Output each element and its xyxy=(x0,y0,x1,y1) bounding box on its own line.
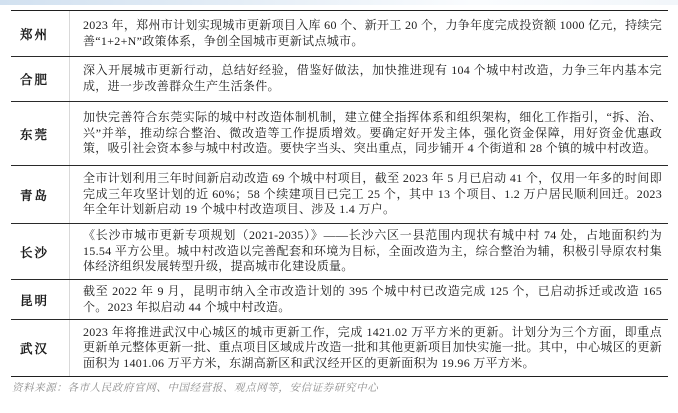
city-cell: 昆明 xyxy=(11,280,70,319)
city-cell: 青岛 xyxy=(11,166,70,223)
source-note: 资料来源：各市人民政府官网、中国经营报、观点网等，安信证券研究中心 xyxy=(12,380,678,395)
city-cell: 东莞 xyxy=(11,102,70,165)
city-cell: 长沙 xyxy=(11,224,70,279)
table-row: 武汉 2023 年将推进武汉中心城区的城市更新工作，完成 1421.02 万平方… xyxy=(11,320,668,376)
city-description: 截至 2022 年 9 月，昆明市纳入全市改造计划的 395 个城中村已改造完成… xyxy=(70,280,668,319)
city-description: 2023 年，郑州市计划实现城市更新项目入库 60 个、新开工 20 个，力争年… xyxy=(70,11,668,56)
city-description: 全市计划利用三年时间新启动改造 69 个城中村项目，截至 2023 年 5 月已… xyxy=(70,166,668,223)
city-description: 《长沙市城市更新专项规划（2021-2035）》——长沙六区一县范围内现状有城中… xyxy=(70,224,668,279)
city-description: 2023 年将推进武汉中心城区的城市更新工作，完成 1421.02 万平方米的更… xyxy=(70,320,668,376)
table-row: 东莞 加快完善符合东莞实际的城中村改造体制机制，建立健全指挥体系和组织架构，细化… xyxy=(11,102,668,166)
city-renewal-table: 郑州 2023 年，郑州市计划实现城市更新项目入库 60 个、新开工 20 个，… xyxy=(11,10,668,377)
city-description: 深入开展城市更新行动，总结好经验，借鉴好做法，加快推进现有 104 个城中村改造… xyxy=(70,57,668,101)
table-row: 合肥 深入开展城市更新行动，总结好经验，借鉴好做法，加快推进现有 104 个城中… xyxy=(11,57,668,102)
table-row: 昆明 截至 2022 年 9 月，昆明市纳入全市改造计划的 395 个城中村已改… xyxy=(11,280,668,320)
city-cell: 合肥 xyxy=(11,57,70,101)
city-description: 加快完善符合东莞实际的城中村改造体制机制，建立健全指挥体系和组织架构，细化工作指… xyxy=(70,102,668,165)
table-row: 长沙 《长沙市城市更新专项规划（2021-2035）》——长沙六区一县范围内现状… xyxy=(11,224,668,280)
table-row: 郑州 2023 年，郑州市计划实现城市更新项目入库 60 个、新开工 20 个，… xyxy=(11,11,668,57)
table-row: 青岛 全市计划利用三年时间新启动改造 69 个城中村项目，截至 2023 年 5… xyxy=(11,166,668,224)
city-cell: 郑州 xyxy=(11,11,70,56)
page-top-banner xyxy=(0,0,678,5)
city-cell: 武汉 xyxy=(11,320,70,376)
